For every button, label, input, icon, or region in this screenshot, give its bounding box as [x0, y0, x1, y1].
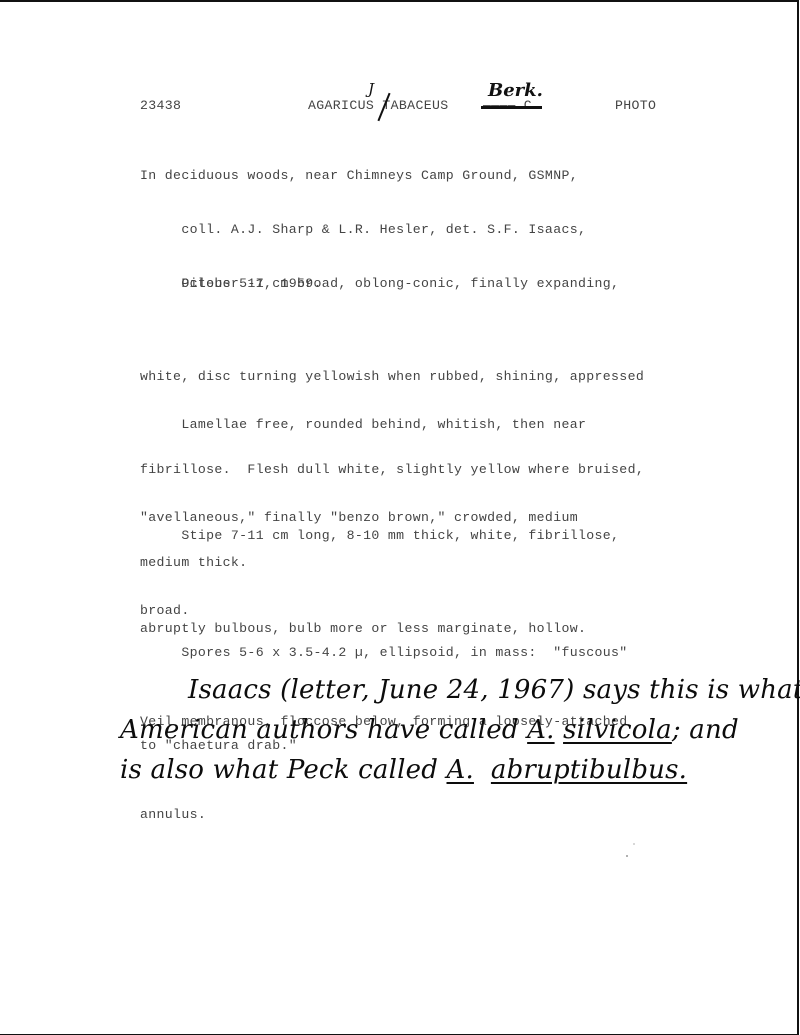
- collection-line: In deciduous woods, near Chimneys Camp G…: [140, 167, 586, 185]
- struck-authority: ———— C.: [483, 98, 540, 113]
- scan-speck: [626, 855, 628, 857]
- struck-initial: T: [382, 98, 390, 113]
- handwritten-note: Isaacs (letter, June 24, 1967) says this…: [120, 670, 800, 790]
- genus-abbrev: A.: [527, 715, 554, 745]
- genus: AGARICUS: [308, 98, 374, 113]
- species-abruptibulbus: abruptibulbus.: [491, 755, 687, 785]
- accession-number: 23438: [140, 98, 181, 113]
- text-line: Spores 5-6 x 3.5-4.2 µ, ellipsoid, in ma…: [140, 637, 628, 668]
- handwritten-line: Isaacs (letter, June 24, 1967) says this…: [120, 670, 800, 710]
- species-epithet-rest: ABACEUS: [391, 98, 449, 113]
- text-line: annulus.: [140, 799, 628, 830]
- handwritten-line: is also what Peck called A. abruptibulbu…: [120, 750, 800, 790]
- photo-label: PHOTO: [615, 98, 656, 113]
- text-line: Lamellae free, rounded behind, whitish, …: [140, 409, 586, 440]
- species-silvicola: silvicola: [563, 715, 672, 745]
- specimen-header: 23438 AGARICUS TABACEUS PHOTO: [0, 98, 800, 118]
- scan-speck: [633, 843, 635, 845]
- handwritten-correction-initial: J: [368, 80, 374, 98]
- handwritten-line: American authors have called A. silvicol…: [120, 710, 800, 750]
- text-line: Pileus 5-7 cm broad, oblong-conic, final…: [140, 268, 644, 299]
- text-line: Stipe 7-11 cm long, 8-10 mm thick, white…: [140, 520, 628, 551]
- species-name: AGARICUS TABACEUS: [308, 98, 449, 113]
- genus-abbrev: A.: [447, 755, 474, 785]
